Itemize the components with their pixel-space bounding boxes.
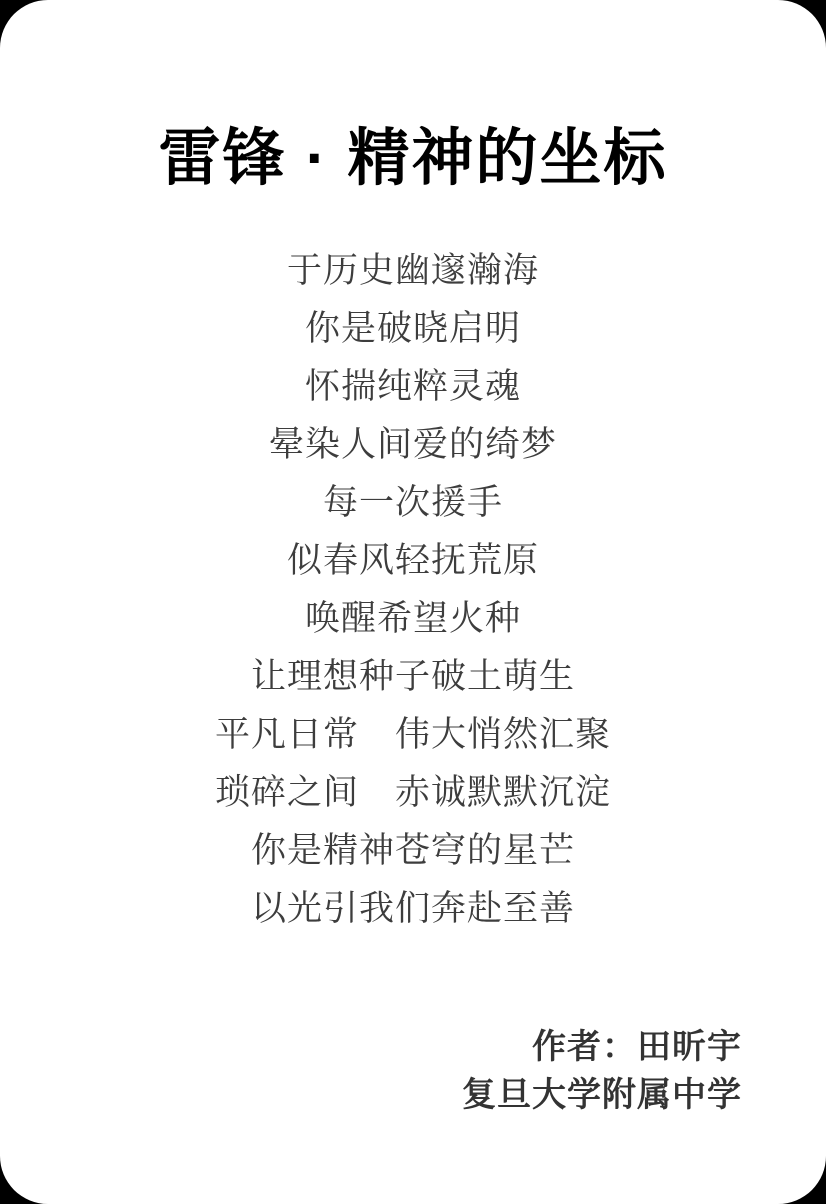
poem-line: 平凡日常 伟大悄然汇聚 [0,706,826,764]
page-title: 雷锋 · 精神的坐标 [0,122,826,196]
poem-line: 晕染人间爱的绮梦 [0,416,826,474]
author-block: 作者：田昕宇 复旦大学附属中学 [0,1023,826,1119]
poem-body: 于历史幽邃瀚海 你是破晓启明 怀揣纯粹灵魂 晕染人间爱的绮梦 每一次援手 似春风… [0,242,826,938]
poem-line: 琐碎之间 赤诚默默沉淀 [0,764,826,822]
poem-card: 雷锋 · 精神的坐标 于历史幽邃瀚海 你是破晓启明 怀揣纯粹灵魂 晕染人间爱的绮… [0,0,826,1204]
poem-line: 每一次援手 [0,474,826,532]
poem-line: 你是破晓启明 [0,300,826,358]
poem-line: 你是精神苍穹的星芒 [0,822,826,880]
author-byline: 作者：田昕宇 [0,1023,742,1071]
poem-line: 以光引我们奔赴至善 [0,880,826,938]
poem-line: 让理想种子破土萌生 [0,648,826,706]
poem-line: 怀揣纯粹灵魂 [0,358,826,416]
poem-line: 似春风轻抚荒原 [0,532,826,590]
poem-line: 唤醒希望火种 [0,590,826,648]
poem-line: 于历史幽邃瀚海 [0,242,826,300]
author-school: 复旦大学附属中学 [0,1071,742,1119]
